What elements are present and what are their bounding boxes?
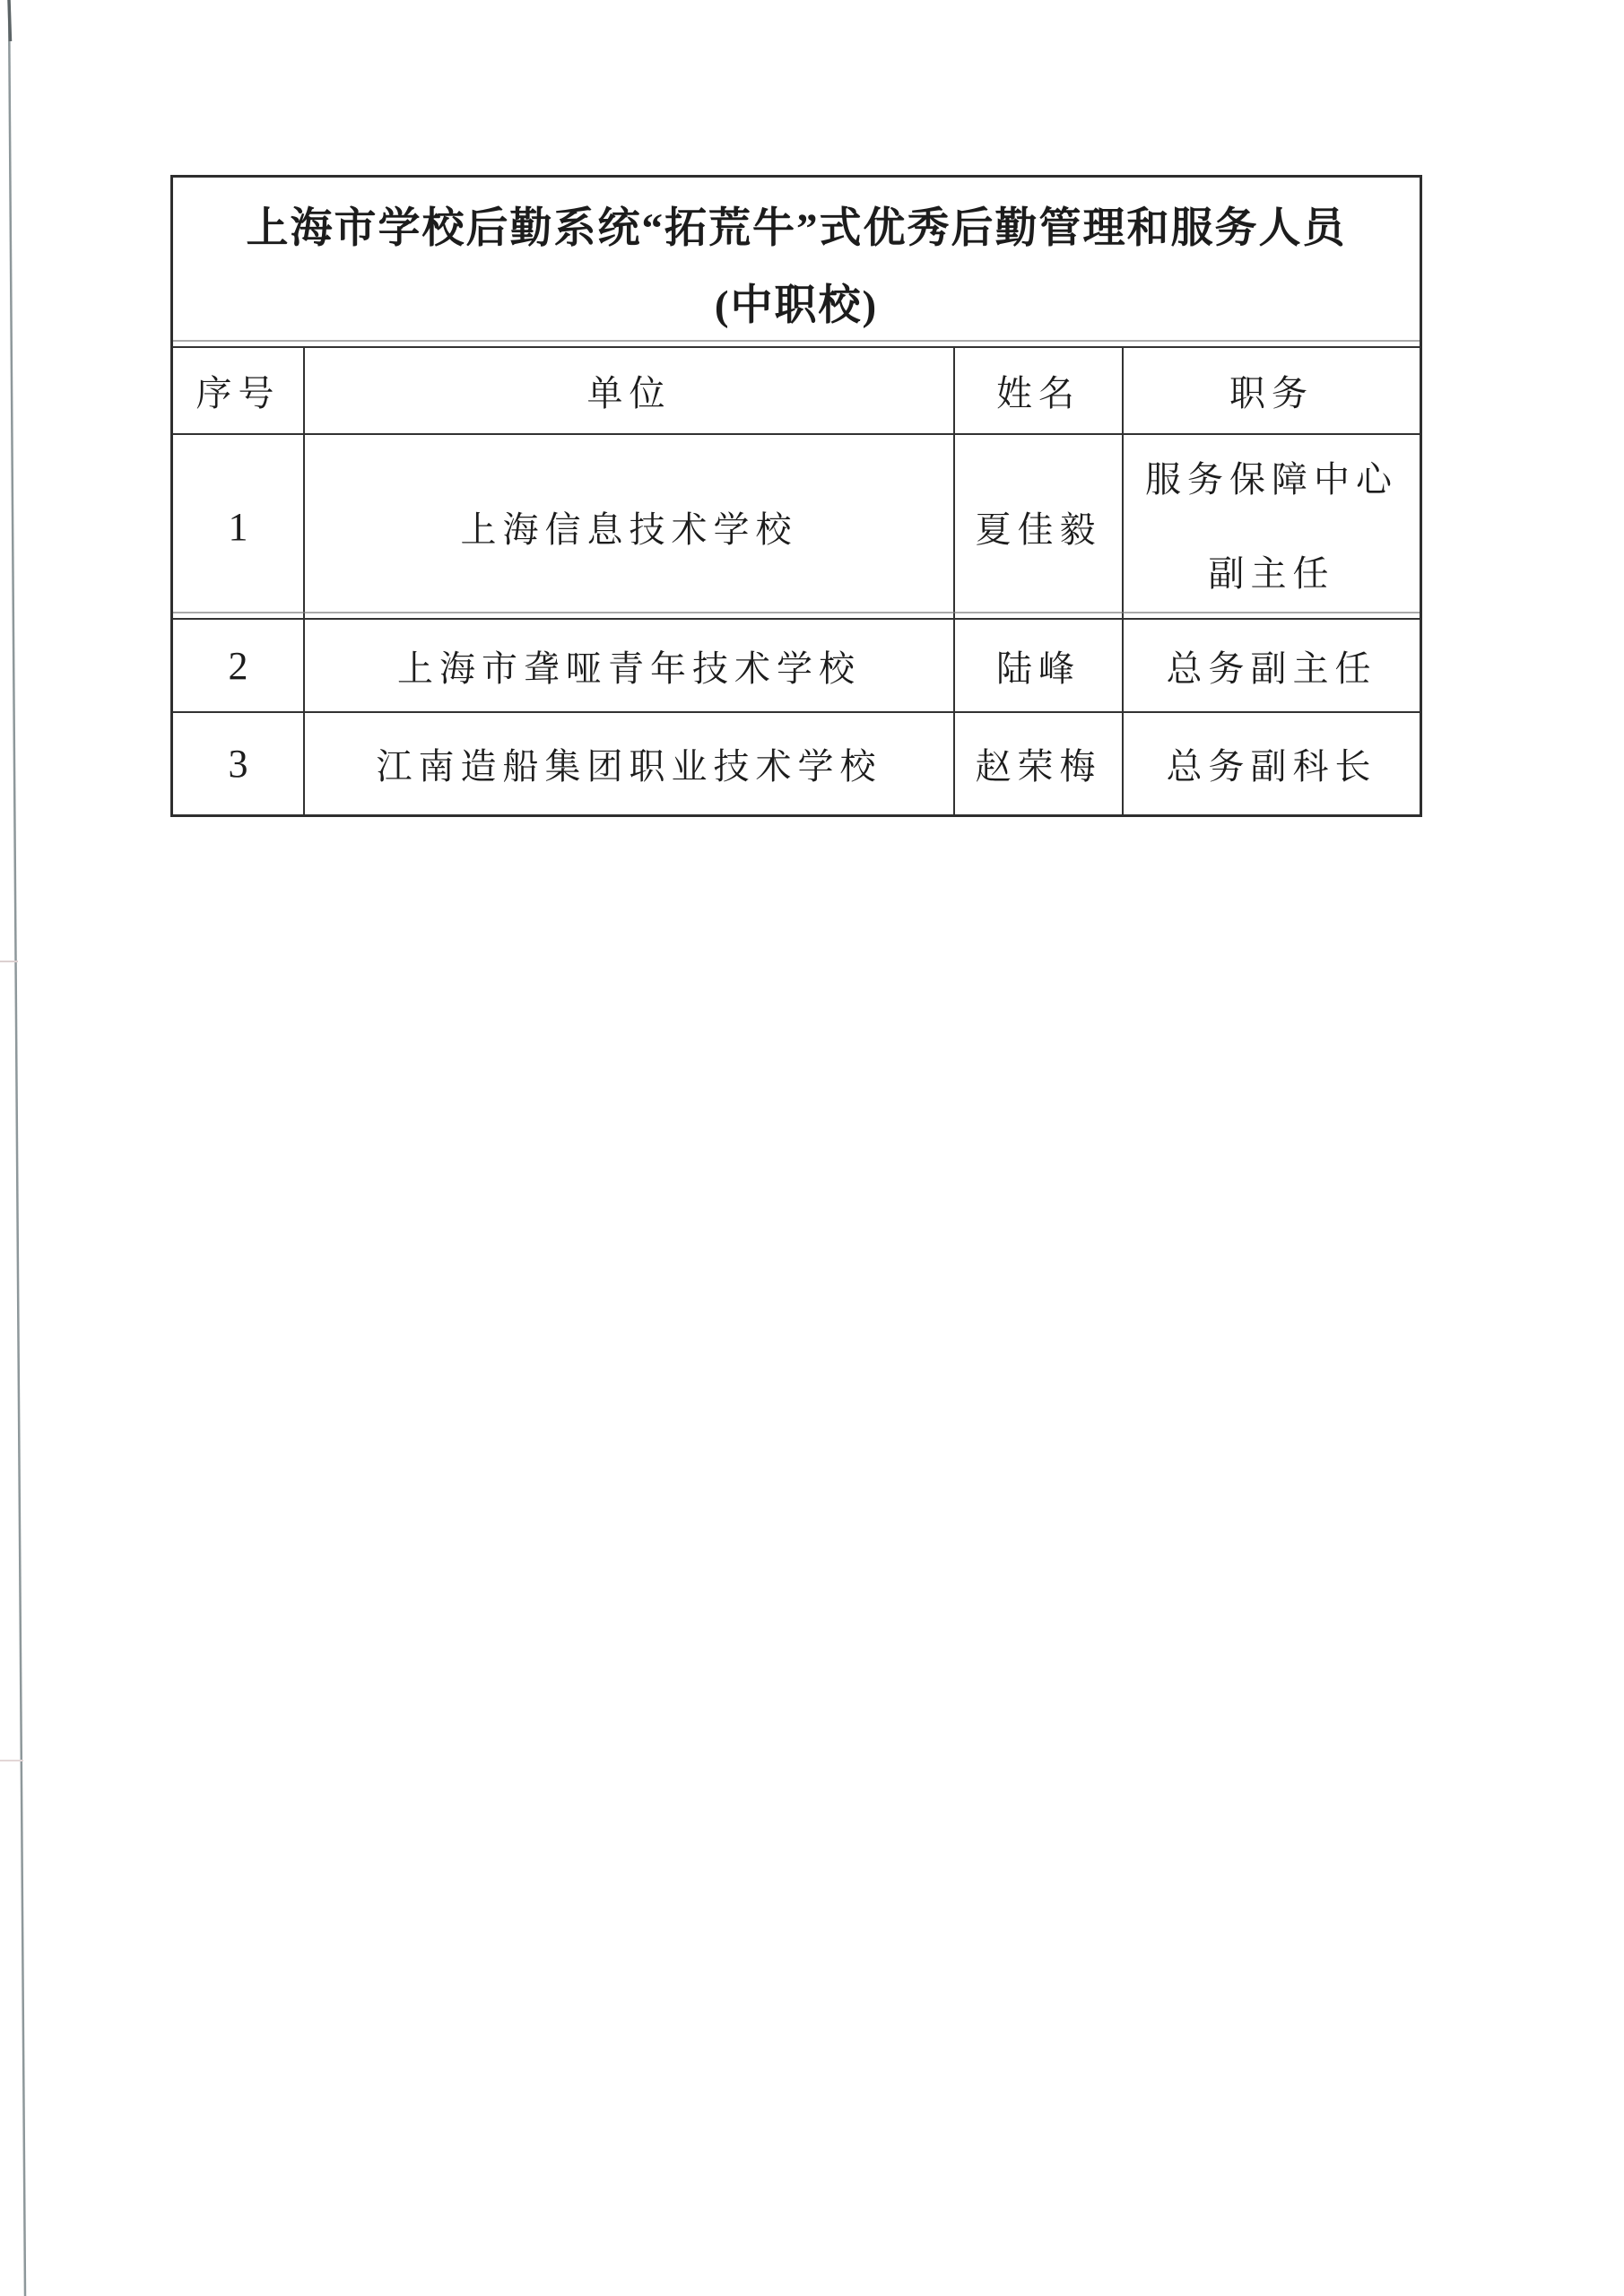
cell-index: 3 — [173, 713, 305, 814]
position-line1: 服务保障中心 — [1145, 435, 1398, 526]
double-rule-artifact — [173, 340, 1420, 342]
scan-edge-line — [9, 0, 25, 2296]
document-page: 上海市学校后勤系统“拓荒牛”式优秀后勤管理和服务人员 (中职校) 序号 单位 姓… — [0, 0, 1624, 2296]
table-title-line2: (中职校) — [173, 267, 1420, 344]
table-title-block: 上海市学校后勤系统“拓荒牛”式优秀后勤管理和服务人员 (中职校) — [173, 178, 1420, 348]
cell-index: 1 — [173, 435, 305, 618]
cell-position: 服务保障中心 副主任 — [1124, 435, 1420, 618]
cell-name: 夏佳毅 — [955, 435, 1124, 618]
scan-edge-line-cap — [9, 0, 11, 41]
cell-position: 总务副科长 — [1124, 713, 1420, 814]
cell-name: 赵荣梅 — [955, 713, 1124, 814]
table-header-row: 序号 单位 姓名 职务 — [173, 348, 1420, 435]
position-line2: 副主任 — [1209, 526, 1335, 618]
cell-unit: 江南造船集团职业技术学校 — [305, 713, 955, 814]
cell-unit: 上海市聋哑青年技术学校 — [305, 620, 955, 711]
double-rule-artifact — [173, 612, 1420, 613]
cell-position: 总务副主任 — [1124, 620, 1420, 711]
award-table: 上海市学校后勤系统“拓荒牛”式优秀后勤管理和服务人员 (中职校) 序号 单位 姓… — [170, 175, 1422, 817]
table-title-line1: 上海市学校后勤系统“拓荒牛”式优秀后勤管理和服务人员 — [173, 190, 1420, 267]
header-cell-index: 序号 — [173, 348, 305, 433]
table-row: 1 上海信息技术学校 夏佳毅 服务保障中心 副主任 — [173, 435, 1420, 620]
cell-index: 2 — [173, 620, 305, 711]
table-row: 2 上海市聋哑青年技术学校 陆峰 总务副主任 — [173, 620, 1420, 713]
table-row: 3 江南造船集团职业技术学校 赵荣梅 总务副科长 — [173, 713, 1420, 814]
header-cell-name: 姓名 — [955, 348, 1124, 433]
header-cell-unit: 单位 — [305, 348, 955, 433]
header-cell-position: 职务 — [1124, 348, 1420, 433]
cell-name: 陆峰 — [955, 620, 1124, 711]
cell-unit: 上海信息技术学校 — [305, 435, 955, 618]
